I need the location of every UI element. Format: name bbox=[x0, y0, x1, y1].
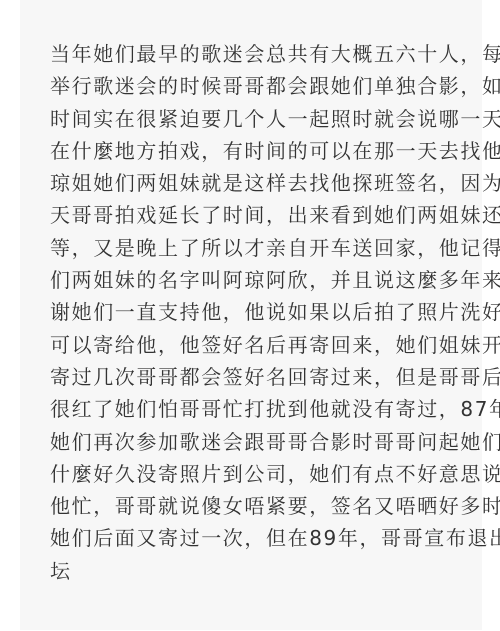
text-line: 她们后面又寄过一次，但在89年，哥哥宣布退出歌 bbox=[50, 522, 470, 554]
article-text: 当年她们最早的歌迷会总共有大概五六十人，每次 举行歌迷会的时候哥哥都会跟她们单独… bbox=[50, 38, 470, 587]
text-line: 坛 bbox=[50, 555, 470, 587]
text-line: 们两姐妹的名字叫阿琼阿欣，并且说这麼多年来感 bbox=[50, 264, 470, 296]
text-line: 她们再次参加歌迷会跟哥哥合影时哥哥问起她们为 bbox=[50, 426, 470, 458]
text-line: 时间实在很紧迫要几个人一起照时就会说哪一天他 bbox=[50, 103, 470, 135]
text-line: 谢她们一直支持他，他说如果以后拍了照片洗好后 bbox=[50, 296, 470, 328]
text-line: 天哥哥拍戏延长了时间，出来看到她们两姐妹还在 bbox=[50, 199, 470, 231]
text-line: 琼姐她们两姐妹就是这样去找他探班签名，因为那 bbox=[50, 167, 470, 199]
text-line: 等，又是晚上了所以才亲自开车送回家，他记得她 bbox=[50, 232, 470, 264]
text-line: 当年她们最早的歌迷会总共有大概五六十人，每次 bbox=[50, 38, 470, 70]
text-line: 什麼好久没寄照片到公司，她们有点不好意思说怕 bbox=[50, 458, 470, 490]
text-line: 很红了她们怕哥哥忙打扰到他就没有寄过，87年底 bbox=[50, 393, 470, 425]
text-line: 举行歌迷会的时候哥哥都会跟她们单独合影，如果 bbox=[50, 70, 470, 102]
text-line: 寄过几次哥哥都会签好名回寄过来，但是哥哥后面 bbox=[50, 361, 470, 393]
text-line: 可以寄给他，他签好名后再寄回来，她们姐妹开始 bbox=[50, 329, 470, 361]
text-line: 他忙，哥哥就说傻女唔紧要，签名又唔晒好多时间， bbox=[50, 490, 470, 522]
text-line: 在什麼地方拍戏，有时间的可以在那一天去找他， bbox=[50, 135, 470, 167]
